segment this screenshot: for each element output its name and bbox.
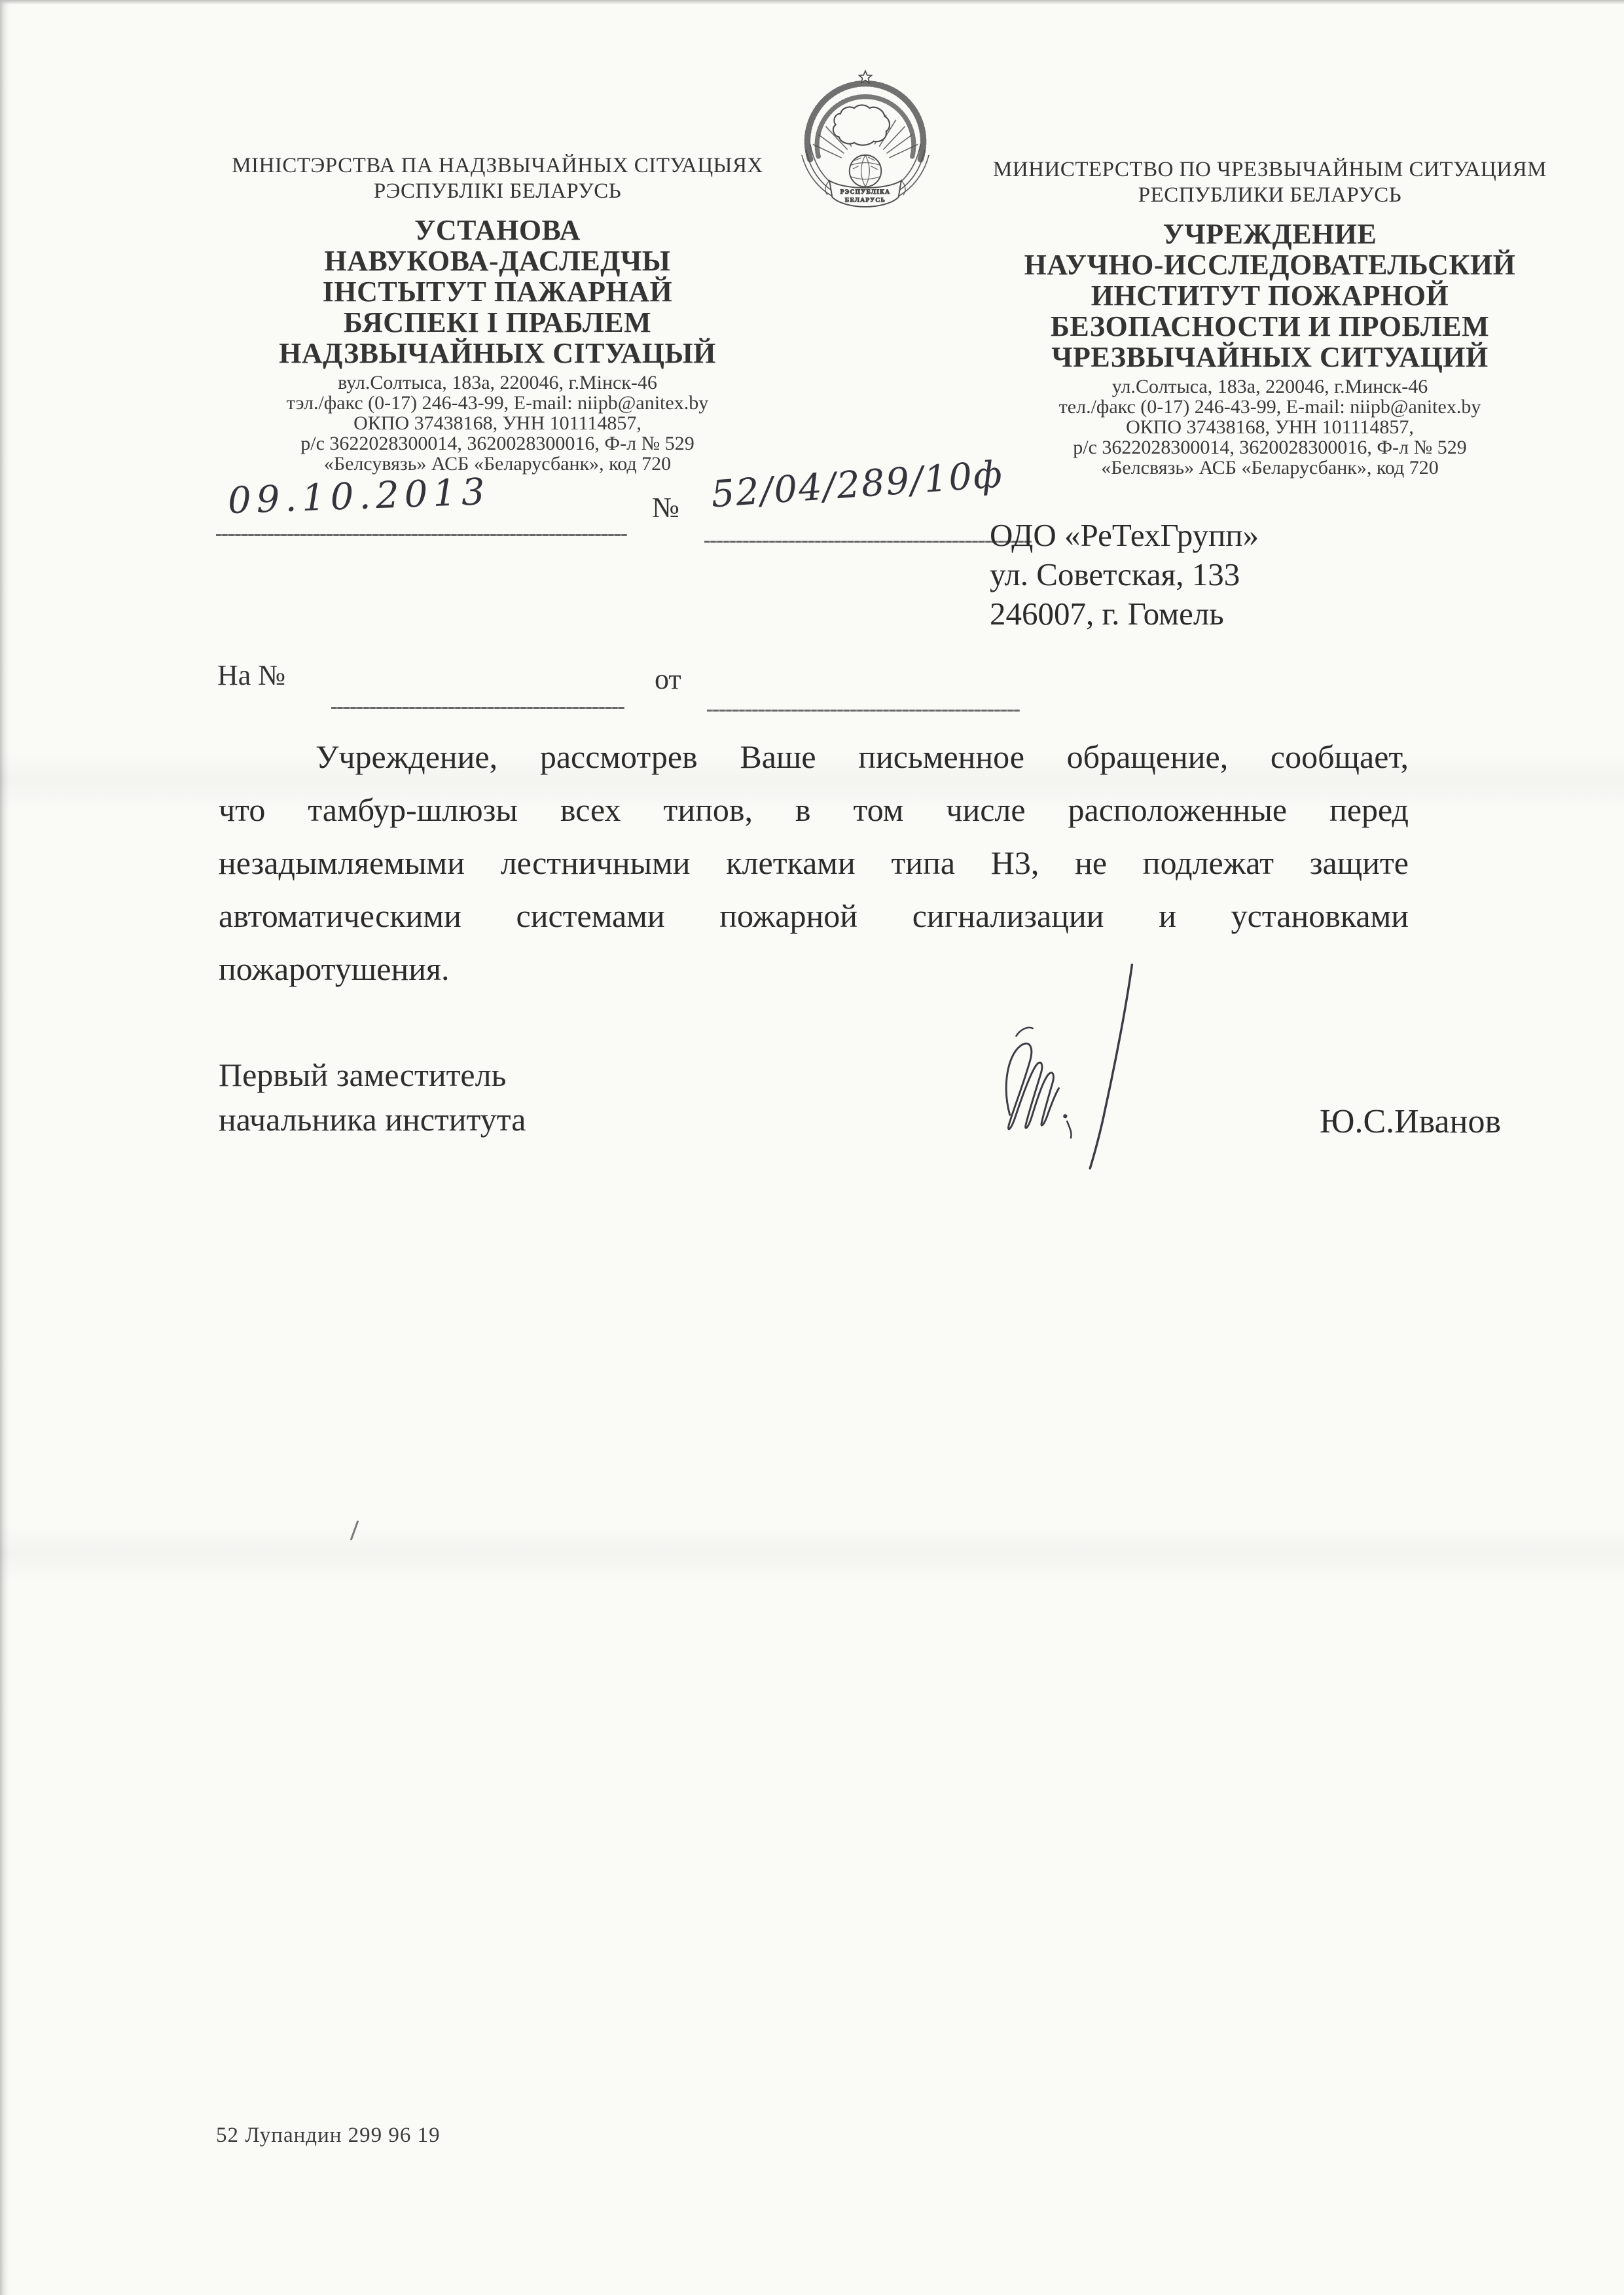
- executor-note: 52 Лупандин 299 96 19: [216, 2123, 441, 2148]
- reply-number-label: На №: [217, 659, 285, 692]
- recipient-block: ОДО «РеТехГрупп» ул. Советская, 133 2460…: [990, 516, 1259, 634]
- ministry-name-ru: МИНИСТЕРСТВО ПО ЧРЕЗВЫЧАЙНЫМ СИТУАЦИЯМ Р…: [962, 157, 1578, 208]
- body-line: пожаротушения.: [219, 943, 1409, 996]
- scan-edge-shadow-left: [0, 0, 9, 2295]
- outgoing-number-label: №: [652, 491, 679, 524]
- reply-number-rule: [331, 707, 624, 709]
- ministry-name-by-line1: МІНІСТЭРСТВА ПА НАДЗВЫЧАЙНЫХ СІТУАЦЫЯХ: [196, 153, 799, 179]
- letterhead-right-column: МИНИСТЕРСТВО ПО ЧРЕЗВЫЧАЙНЫМ СИТУАЦИЯМ Р…: [962, 157, 1578, 478]
- ministry-name-by-line2: РЭСПУБЛІКІ БЕЛАРУСЬ: [196, 179, 799, 204]
- body-line: автоматическими системами пожарной сигна…: [219, 890, 1409, 943]
- letterhead-left-column: МІНІСТЭРСТВА ПА НАДЗВЫЧАЙНЫХ СІТУАЦЫЯХ Р…: [196, 153, 799, 474]
- body-line: Учреждение, рассмотрев Ваше письменное о…: [219, 731, 1409, 784]
- coat-of-arms-belarus-icon: РЭСПУБЛІКА БЕЛАРУСЬ: [796, 68, 935, 220]
- handwritten-signature-icon: [935, 961, 1164, 1181]
- emblem-ribbon-text-line2: БЕЛАРУСЬ: [845, 198, 886, 204]
- body-line: незадымляемыми лестничными клетками типа…: [219, 837, 1409, 890]
- recipient-city: 246007, г. Гомель: [990, 594, 1259, 634]
- outgoing-number-rule: [704, 541, 1032, 543]
- scanned-letter-page: МІНІСТЭРСТВА ПА НАДЗВЫЧАЙНЫХ СІТУАЦЫЯХ Р…: [0, 0, 1624, 2295]
- outgoing-date-rule: [216, 534, 627, 536]
- emblem-ribbon-text-line1: РЭСПУБЛІКА: [840, 189, 891, 196]
- organization-name-ru: УЧРЕЖДЕНИЕ НАУЧНО-ИССЛЕДОВАТЕЛЬСКИЙ ИНСТ…: [962, 219, 1578, 372]
- reply-date-rule: [707, 710, 1020, 712]
- body-line: что тамбур-шлюзы всех типов, в том числе…: [219, 784, 1409, 837]
- recipient-street: ул. Советская, 133: [990, 555, 1259, 594]
- outgoing-date-handwritten: 09.10.2013: [227, 471, 491, 522]
- signer-title: Первый заместитель начальника института: [219, 1053, 526, 1142]
- organization-name-by: УСТАНОВА НАВУКОВА-ДАСЛЕДЧЫ ІНСТЫТУТ ПАЖА…: [196, 215, 799, 369]
- recipient-name: ОДО «РеТехГрупп»: [990, 516, 1259, 555]
- ministry-name-ru-line1: МИНИСТЕРСТВО ПО ЧРЕЗВЫЧАЙНЫМ СИТУАЦИЯМ: [962, 157, 1578, 183]
- fold-crease-lower: [0, 1525, 1624, 1581]
- organization-details-ru: ул.Солтыса, 183а, 220046, г.Минск-46 тел…: [962, 376, 1578, 478]
- ministry-name-by: МІНІСТЭРСТВА ПА НАДЗВЫЧАЙНЫХ СІТУАЦЫЯХ Р…: [196, 153, 799, 204]
- reply-date-label: от: [655, 662, 681, 696]
- letter-body-paragraph: Учреждение, рассмотрев Ваше письменное о…: [219, 731, 1409, 996]
- organization-details-by: вул.Солтыса, 183а, 220046, г.Мінск-46 тэ…: [196, 372, 799, 474]
- ministry-name-ru-line2: РЕСПУБЛИКИ БЕЛАРУСЬ: [962, 183, 1578, 208]
- signer-name: Ю.С.Иванов: [1320, 1102, 1501, 1141]
- scan-edge-shadow-top: [0, 0, 1624, 5]
